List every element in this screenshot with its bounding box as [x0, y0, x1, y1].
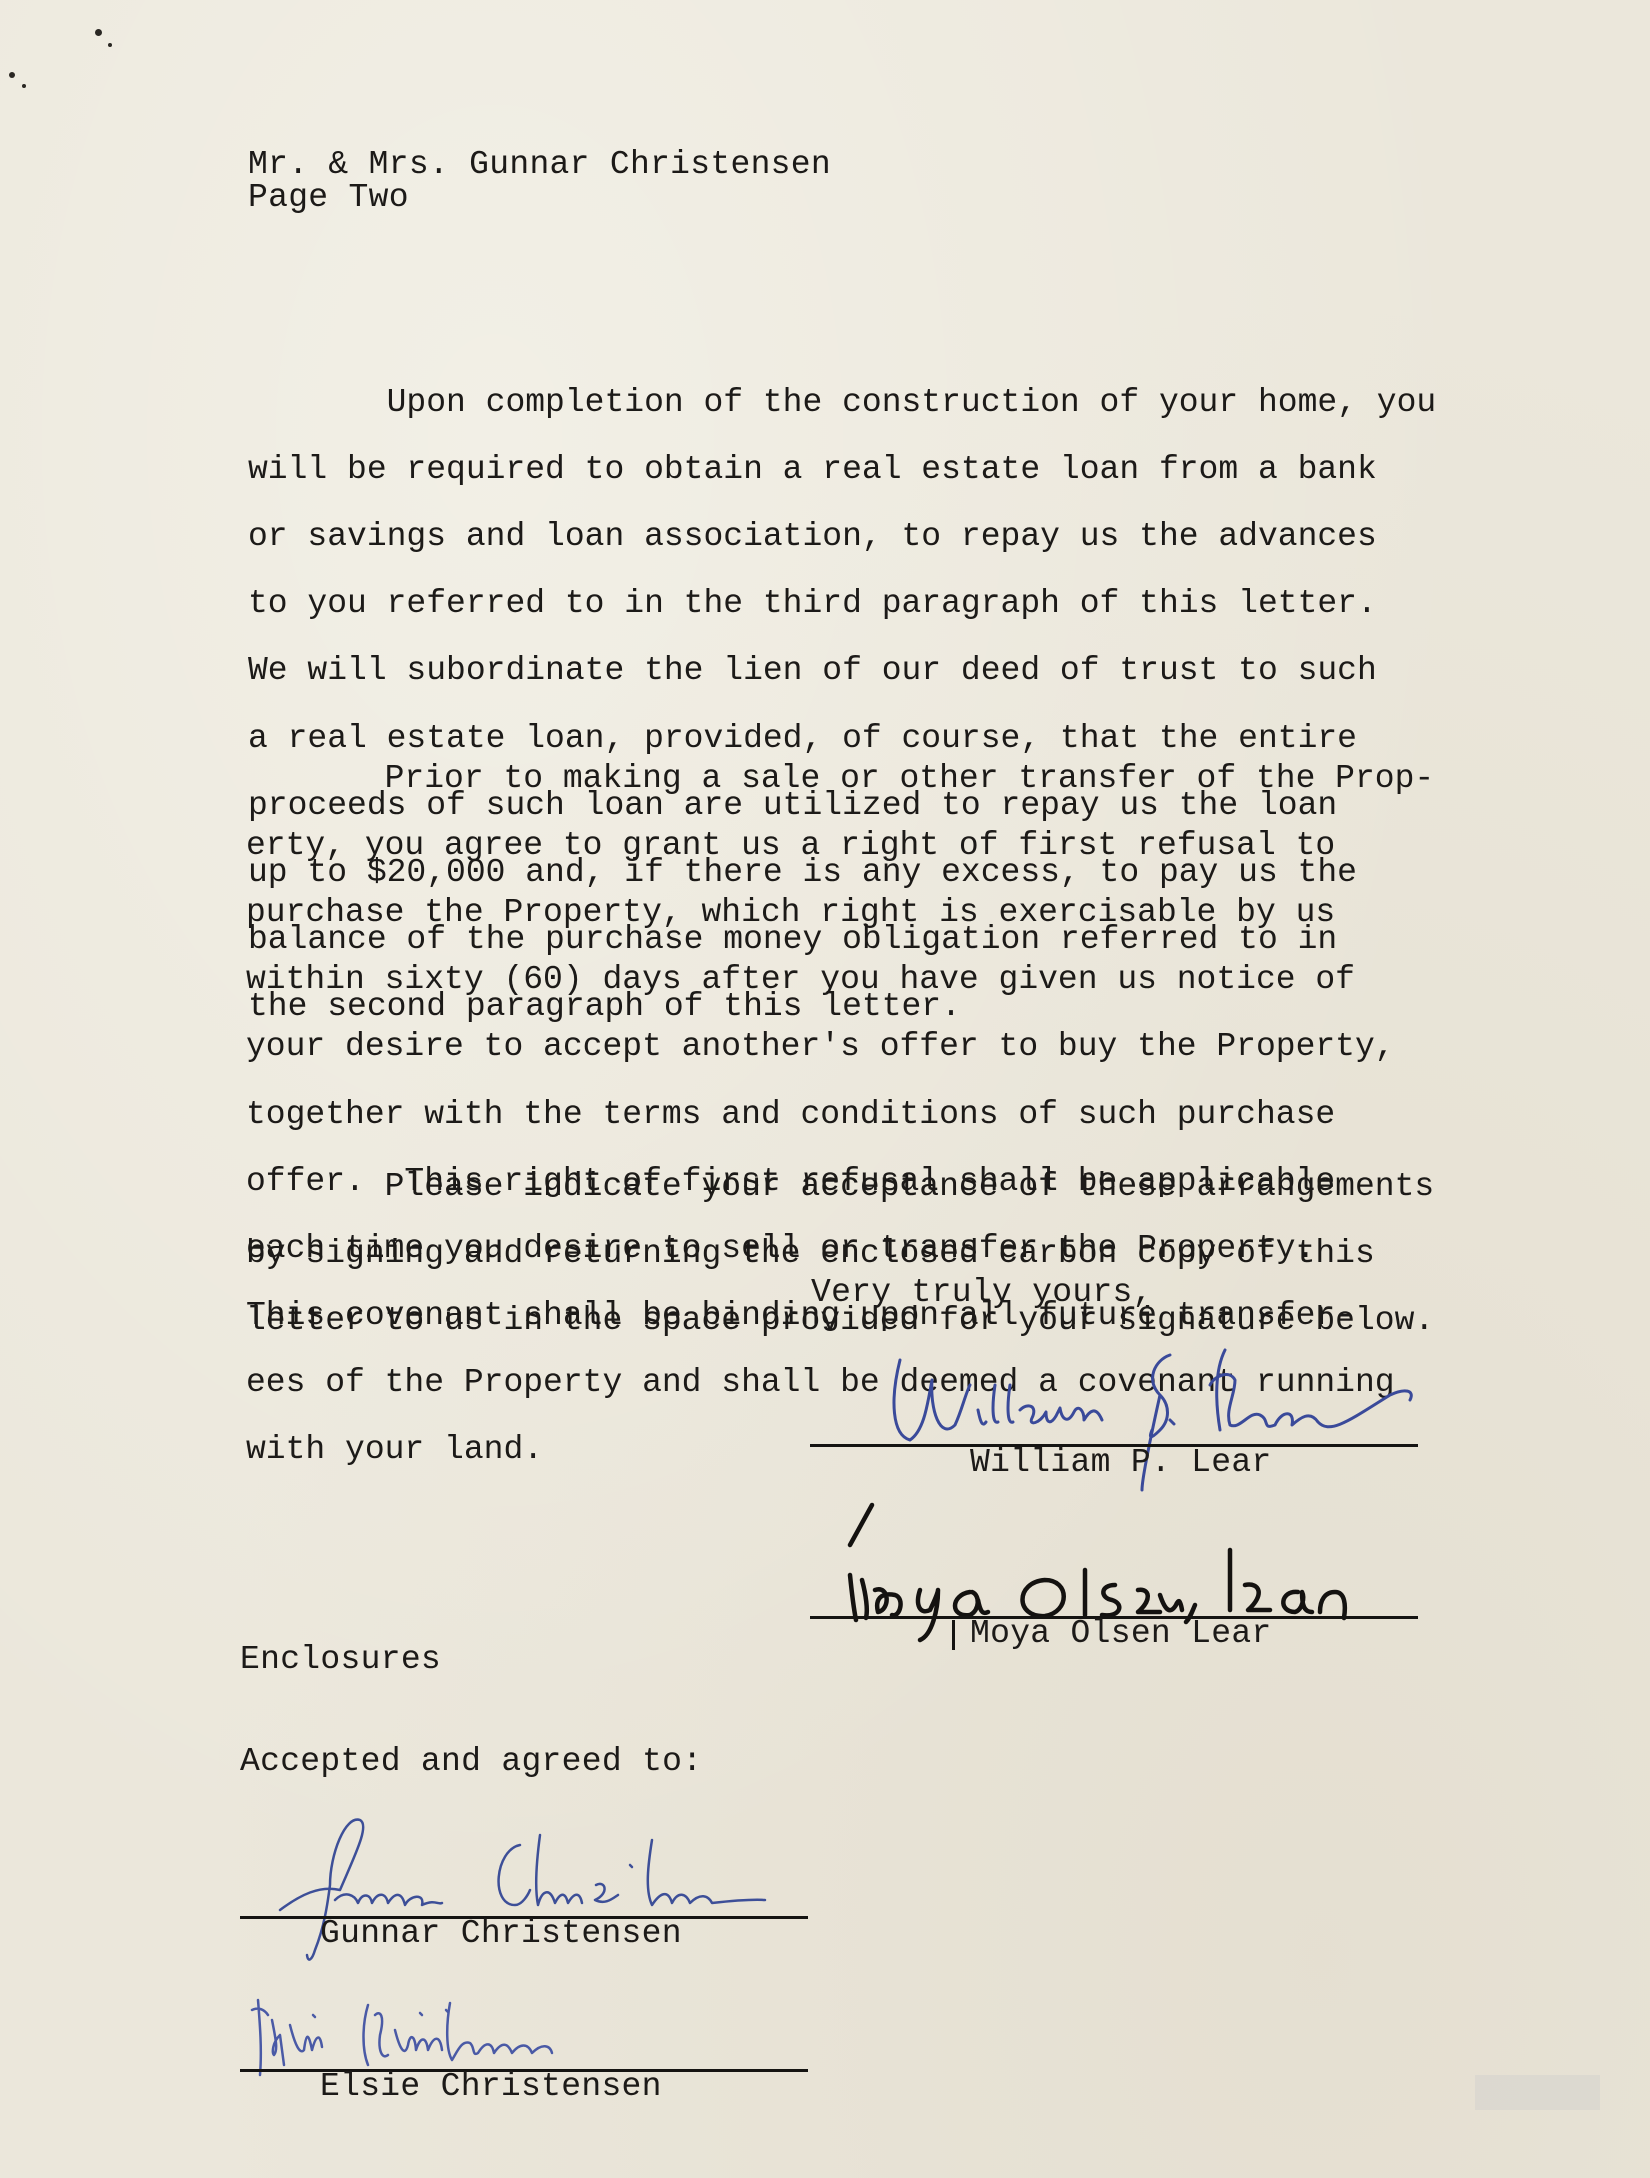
paragraph-line: Please indicate your acceptance of these…	[246, 1170, 1486, 1204]
paragraph-line: your desire to accept another's offer to…	[246, 1030, 1486, 1064]
letter-page: Mr. & Mrs. Gunnar Christensen Page Two U…	[0, 0, 1650, 2178]
paragraph-line: Prior to making a sale or other transfer…	[246, 762, 1486, 796]
paragraph-line: Upon completion of the construction of y…	[248, 386, 1488, 420]
pen-mark	[952, 1620, 955, 1650]
paper-speck	[22, 84, 26, 88]
faint-archive-stamp	[1475, 2075, 1600, 2110]
paper-speck	[108, 43, 112, 47]
paper-speck	[95, 29, 102, 36]
page-label: Page Two	[248, 181, 409, 215]
paragraph-line: to you referred to in the third paragrap…	[248, 587, 1488, 621]
paragraph-line: erty, you agree to grant us a right of f…	[246, 829, 1486, 863]
paragraph-line: within sixty (60) days after you have gi…	[246, 963, 1486, 997]
enclosures-label: Enclosures	[240, 1643, 441, 1677]
paper-speck	[9, 72, 15, 78]
paragraph-line: purchase the Property, which right is ex…	[246, 896, 1486, 930]
signer-name-elsie: Elsie Christensen	[320, 2070, 662, 2104]
signer-name-moya: Moya Olsen Lear	[970, 1617, 1272, 1651]
recipient-line: Mr. & Mrs. Gunnar Christensen	[248, 148, 831, 182]
closing-salutation: Very truly yours,	[811, 1276, 1153, 1310]
paragraph-line: together with the terms and conditions o…	[246, 1098, 1486, 1132]
paragraph-line: will be required to obtain a real estate…	[248, 453, 1488, 487]
paragraph-line: We will subordinate the lien of our deed…	[248, 654, 1488, 688]
signer-name-gunnar: Gunnar Christensen	[320, 1917, 682, 1951]
body-paragraph-3: Please indicate your acceptance of these…	[246, 1136, 1486, 1371]
acceptance-label: Accepted and agreed to:	[240, 1745, 702, 1779]
signer-name-william: William P. Lear	[970, 1446, 1272, 1480]
paragraph-line: or savings and loan association, to repa…	[248, 520, 1488, 554]
paragraph-line: by signing and returning the enclosed ca…	[246, 1237, 1486, 1271]
